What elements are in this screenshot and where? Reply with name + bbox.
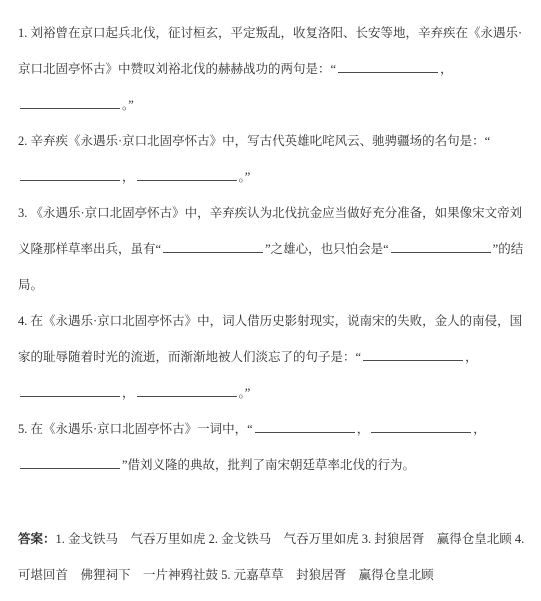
- question-text: ，: [357, 422, 370, 436]
- answers-text: 1. 金戈铁马 气吞万里如虎 2. 金戈铁马 气吞万里如虎 3. 封狼居胥 赢得…: [18, 532, 524, 582]
- answers-section: 答案：1. 金戈铁马 气吞万里如虎 2. 金戈铁马 气吞万里如虎 3. 封狼居胥…: [18, 521, 531, 593]
- question-text: ，: [465, 350, 478, 364]
- question-text: ”之雄心，也只怕会是“: [265, 242, 389, 256]
- fill-in-blank: [371, 420, 471, 433]
- question-2: 2. 辛弃疾《永遇乐·京口北固亭怀古》中，写古代英雄叱咤风云、驰骋疆场的名句是：…: [18, 123, 531, 195]
- fill-in-blank: [20, 96, 120, 109]
- fill-in-blank: [338, 60, 438, 73]
- question-4: 4. 在《永遇乐·京口北固亭怀古》中，词人借历史影射现实，说南宋的失败，金人的南…: [18, 303, 531, 411]
- questions-list: 1. 刘裕曾在京口起兵北伐，征讨桓玄，平定叛乱，收复洛阳、长安等地，辛弃疾在《永…: [18, 15, 531, 483]
- fill-in-blank: [137, 384, 237, 397]
- fill-in-blank: [255, 420, 355, 433]
- question-text: 5. 在《永遇乐·京口北固亭怀古》一词中，“: [18, 422, 253, 436]
- question-5: 5. 在《永遇乐·京口北固亭怀古》一词中，“，，”借刘义隆的典故，批判了南宋朝廷…: [18, 411, 531, 483]
- question-text: ，: [440, 62, 453, 76]
- worksheet-page: 1. 刘裕曾在京口起兵北伐，征讨桓玄，平定叛乱，收复洛阳、长安等地，辛弃疾在《永…: [0, 0, 541, 601]
- question-3: 3. 《永遇乐·京口北固亭怀古》中，辛弃疾认为北伐抗金应当做好充分准备，如果像宋…: [18, 195, 531, 303]
- fill-in-blank: [163, 240, 263, 253]
- fill-in-blank: [391, 240, 491, 253]
- question-text: 。”: [239, 170, 251, 184]
- question-text: 2. 辛弃疾《永遇乐·京口北固亭怀古》中，写古代英雄叱咤风云、驰骋疆场的名句是：…: [18, 134, 490, 148]
- question-text: ，: [122, 170, 135, 184]
- question-text: ，: [473, 422, 486, 436]
- question-1: 1. 刘裕曾在京口起兵北伐，征讨桓玄，平定叛乱，收复洛阳、长安等地，辛弃疾在《永…: [18, 15, 531, 123]
- question-text: ”借刘义隆的典故，批判了南宋朝廷草率北伐的行为。: [122, 458, 415, 472]
- question-text: 。”: [239, 386, 251, 400]
- question-text: 。”: [122, 98, 134, 112]
- answers-label: 答案：: [18, 532, 56, 546]
- fill-in-blank: [137, 168, 237, 181]
- fill-in-blank: [20, 456, 120, 469]
- fill-in-blank: [20, 384, 120, 397]
- fill-in-blank: [363, 348, 463, 361]
- question-text: ，: [122, 386, 135, 400]
- fill-in-blank: [20, 168, 120, 181]
